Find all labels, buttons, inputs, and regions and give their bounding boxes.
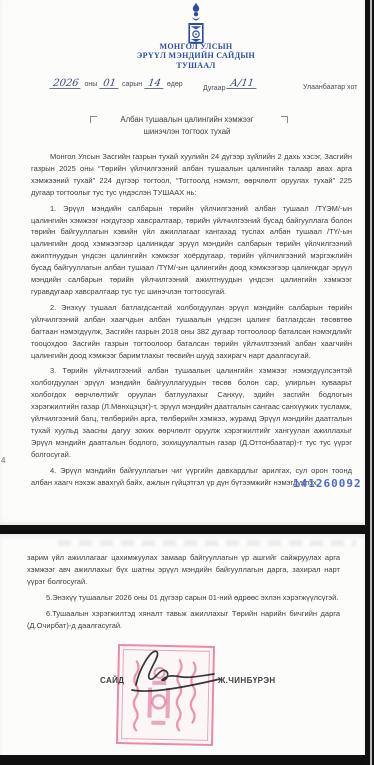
document-paragraph-5: 5.Энэхүү тушаалыг 2026 оны 01 дүгээр сар… bbox=[27, 592, 340, 604]
document-paragraph-1: 1. Эрүүл мэндийн салбарын төрийн үйлчилг… bbox=[31, 203, 352, 298]
document-page-1: МОНГОЛ УЛСЫН ЭРҮҮЛ МЭНДИЙН САЙДЫН ТУШААЛ… bbox=[0, 0, 365, 525]
scan-edge-line bbox=[370, 0, 372, 765]
scan-artifact-mark: 4 bbox=[1, 456, 5, 465]
ink-bleed-smudge bbox=[58, 540, 356, 546]
signature-title: САЙД bbox=[100, 676, 124, 685]
page2-body-text: зарим үйл ажиллагааг цахимжуулах замаар … bbox=[27, 552, 340, 635]
document-paragraph-6: 6.Тушаалын хэрэгжилтэд хяналт тавьж ажил… bbox=[27, 608, 340, 632]
date-month-label: сарын bbox=[122, 81, 142, 88]
subject-title-line1: Албан тушаалын цалингийн хэмжээг bbox=[37, 115, 337, 125]
city-label: Улаанбаатар хот bbox=[303, 84, 357, 91]
org-ministry-line: ЭРҮҮЛ МЭНДИЙН САЙДЫН bbox=[35, 51, 357, 60]
scanned-document-view: МОНГОЛ УЛСЫН ЭРҮҮЛ МЭНДИЙН САЙДЫН ТУШААЛ… bbox=[0, 0, 374, 765]
document-paragraph-2: 2. Энэхүү тушаал батлагдсантай холбогдуу… bbox=[31, 302, 352, 362]
doc-type-line: ТУШААЛ bbox=[35, 61, 357, 70]
scan-right-border bbox=[365, 0, 374, 765]
date-day-label: өдөр bbox=[167, 81, 183, 88]
soyombo-emblem-icon bbox=[184, 2, 208, 44]
scan-bottom-border bbox=[0, 755, 374, 765]
date-line: 2026 оны 01 сарын 14 өдөр bbox=[50, 79, 183, 89]
date-year-label: оны bbox=[84, 81, 97, 88]
document-paragraph-3: 3. Төрийн үйлчилгээний албан тушаалын ца… bbox=[31, 365, 352, 460]
registration-number-stamp: 141260092 bbox=[293, 477, 357, 490]
handwritten-signature-icon bbox=[128, 643, 223, 697]
date-year-handwritten: 2026 bbox=[49, 79, 82, 89]
subject-title-line2: шинэчлэн тогтоох тухай bbox=[37, 127, 337, 137]
page1-body-text: Монгол Улсын Засгийн газрын тухай хуулий… bbox=[31, 151, 352, 492]
date-day-handwritten: 14 bbox=[144, 79, 164, 89]
org-country-line: МОНГОЛ УЛСЫН bbox=[35, 42, 357, 51]
preamble-paragraph: Монгол Улсын Засгийн газрын тухай хуулий… bbox=[31, 151, 352, 199]
signature-name: Ж.ЧИНБҮРЭН bbox=[218, 676, 276, 685]
decree-number-label: Дугаар bbox=[203, 85, 225, 92]
decree-number-handwritten: А/11 bbox=[226, 79, 257, 89]
document-paragraph-4-continuation: зарим үйл ажиллагааг цахимжуулах замаар … bbox=[27, 552, 340, 588]
page-divider bbox=[0, 525, 374, 534]
date-month-handwritten: 01 bbox=[100, 79, 120, 89]
